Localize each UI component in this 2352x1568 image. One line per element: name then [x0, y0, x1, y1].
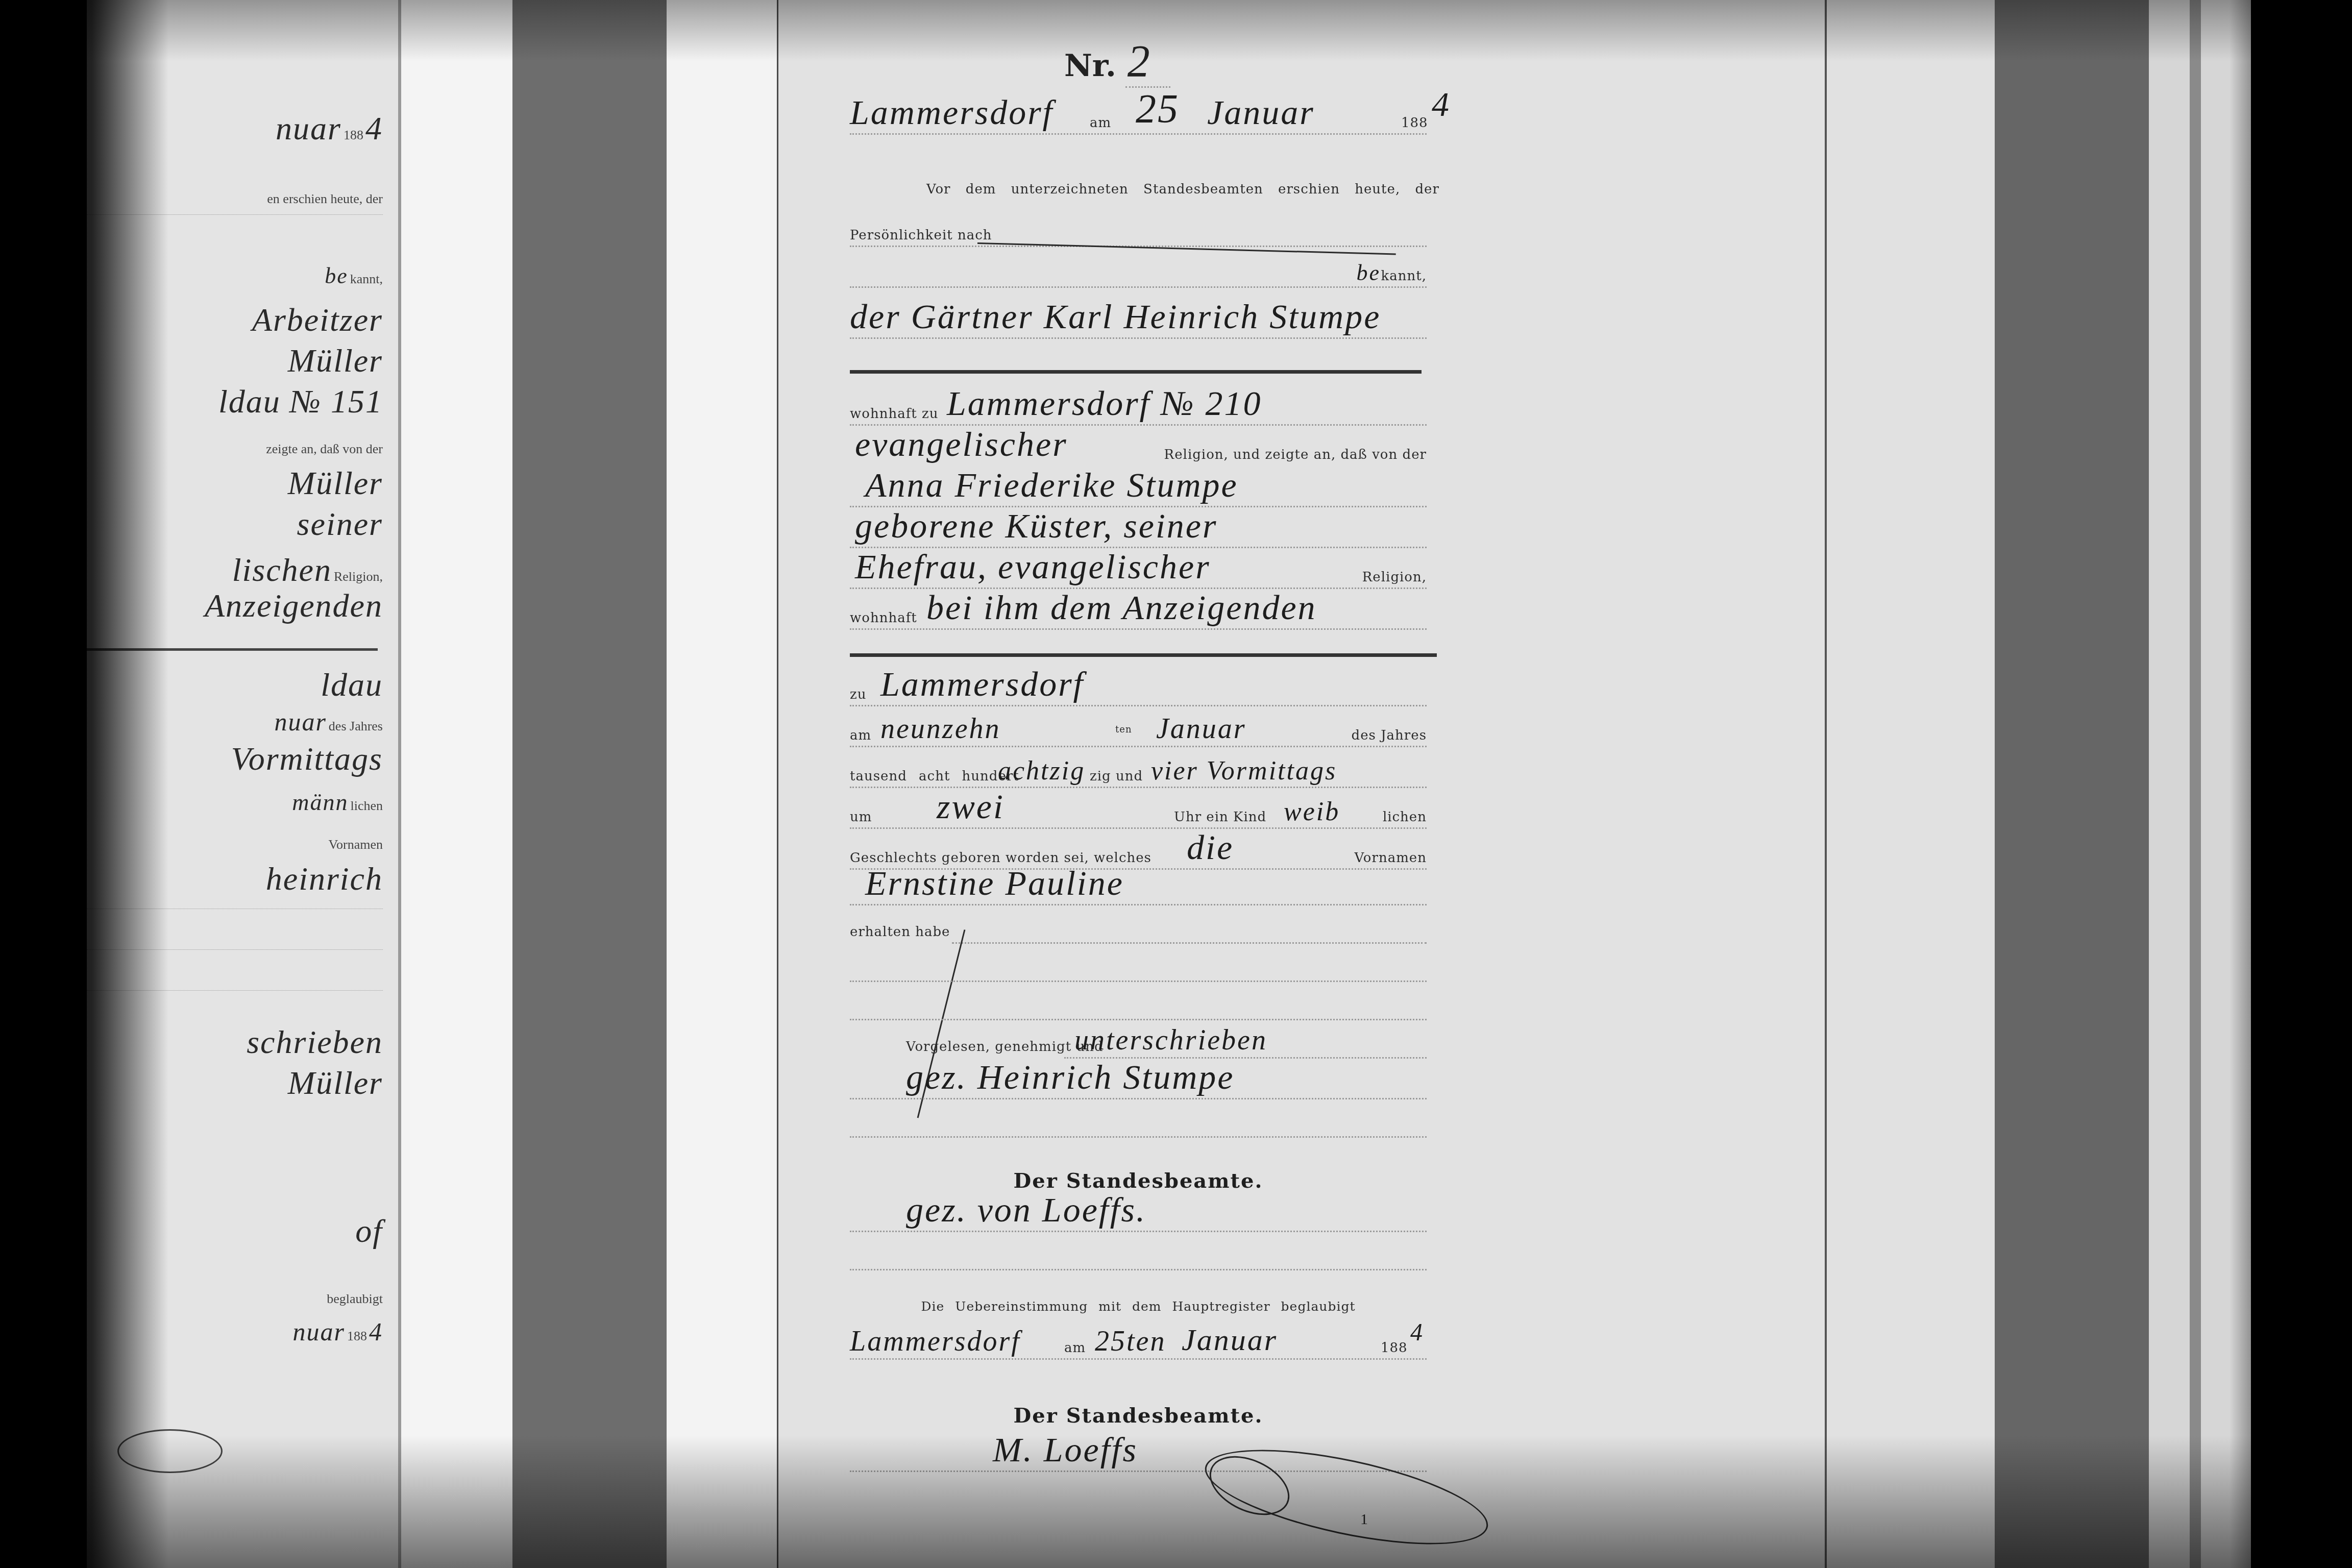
left-religion-line: lischen Religion, — [232, 551, 383, 589]
left-signature-flourish — [117, 1429, 223, 1473]
residence-line: wohnhaft zu Lammersdorf № 210 — [850, 388, 1427, 429]
cert-am-label: am — [1064, 1340, 1086, 1356]
informant-signature: gez. Heinrich Stumpe — [906, 1057, 1235, 1097]
dotted-rule — [952, 942, 1427, 944]
right-adjacent-page-edge — [1828, 0, 1995, 1568]
place-handwritten: Lammersdorf — [850, 92, 1054, 133]
read-approved-print: Vorgelesen, genehmigt und — [906, 1039, 1104, 1055]
child-given-names-handwritten: Ernstine Pauline — [865, 863, 1124, 903]
mother-religion-print: Religion, — [1362, 570, 1427, 585]
left-reported-text: zeigte an, daß von der — [266, 442, 383, 457]
mother-religion-line: Ehefrau, evangelischer Religion, — [850, 551, 1427, 592]
left-sex-line: männ lichen — [292, 789, 383, 816]
birth-month-handwritten: Januar — [1156, 713, 1246, 745]
gray-separator-band — [512, 0, 667, 1568]
birthdate-am: am — [850, 728, 871, 743]
page-mark: 1 — [1360, 1511, 1368, 1528]
left-seiner: seiner — [297, 505, 383, 543]
sex-suffix-print: lichen — [1383, 810, 1427, 825]
dotted-rule — [850, 981, 1427, 982]
identity-prefix: Persönlichkeit nach — [850, 228, 992, 243]
am-label: am — [1090, 115, 1111, 131]
mother-name-handwritten: Anna Friederike Stumpe — [865, 465, 1238, 505]
left-signature-registrar: of — [355, 1212, 383, 1250]
cert-place-handwritten: Lammersdorf — [850, 1325, 1021, 1358]
dotted-rule — [850, 286, 1427, 288]
intro-text: Vor dem unterzeichneten Standesbeamten e… — [926, 182, 1439, 197]
des-jahres-print: des Jahres — [1352, 728, 1427, 743]
registrar-heading: Der Standesbeamte. — [850, 1404, 1427, 1428]
dotted-rule — [850, 337, 1427, 339]
left-birthplace: ldau — [321, 666, 383, 704]
birth-year-line: tausend acht hundert achtzig zig und vie… — [850, 750, 1427, 791]
left-certified: beglaubigt — [327, 1291, 383, 1307]
signed-handwritten: unterschrieben — [1074, 1024, 1267, 1057]
blank-line — [850, 1100, 1427, 1141]
left-des-jahres: des Jahres — [329, 719, 383, 733]
left-surname: Müller — [288, 342, 383, 380]
dotted-rule — [850, 1358, 1427, 1360]
dotted-rule — [850, 1136, 1427, 1138]
gray-separator-band — [1995, 0, 2149, 1568]
vornamen-print: Vornamen — [1354, 850, 1427, 866]
left-dotted-rule — [87, 949, 383, 950]
page-fold-shadow — [2190, 0, 2201, 1568]
year-line-print: tausend acht hundert — [850, 769, 1019, 784]
day-handwritten: 25 — [1136, 86, 1180, 133]
left-given-name: heinrich — [266, 860, 383, 898]
identity-suffix-hand: be — [1356, 260, 1381, 286]
left-signed: schrieben — [247, 1023, 383, 1061]
identity-line: Persönlichkeit nach — [850, 209, 1427, 250]
blank-line — [850, 944, 1427, 985]
birth-day-handwritten: neunzehn — [880, 713, 1001, 745]
dotted-rule — [850, 133, 1427, 135]
cert-year-suffix-handwritten: 4 — [1410, 1318, 1424, 1346]
left-sex-hand: männ — [292, 789, 348, 815]
underline-rule — [850, 370, 1422, 374]
left-month-handwritten: nuar — [276, 110, 341, 146]
left-dotted-rule — [87, 214, 383, 215]
dotted-rule — [850, 904, 1427, 905]
religion-line: evangelischer Religion, und zeigte an, d… — [850, 429, 1427, 470]
white-separator-band — [401, 0, 512, 1568]
left-occupation: Arbeitzer — [252, 301, 383, 339]
approved-line: Vorgelesen, genehmigt und unterschrieben — [850, 1021, 1427, 1062]
left-section-rule — [87, 648, 378, 651]
month-handwritten: Januar — [1207, 92, 1315, 133]
mother-line: Anna Friederike Stumpe — [850, 470, 1427, 510]
mother-residence-handwritten: bei ihm dem Anzeigenden — [926, 587, 1317, 628]
birthplace-handwritten: Lammersdorf — [880, 664, 1085, 704]
informant-name-handwritten: der Gärtner Karl Heinrich Stumpe — [850, 297, 1381, 337]
residence-prefix: wohnhaft zu — [850, 406, 938, 422]
religion-print: Religion, und zeigte an, daß von der — [1164, 447, 1427, 462]
ordinal-suffix: ten — [1115, 724, 1132, 735]
left-cert-year-suffix: 4 — [369, 1317, 383, 1346]
religion-handwritten: evangelischer — [855, 424, 1068, 464]
left-year-prefix: 188 — [344, 128, 363, 142]
dotted-rule — [850, 1269, 1427, 1270]
mother-residence-print: wohnhaft — [850, 610, 917, 626]
time-print: Uhr ein Kind — [1174, 810, 1266, 825]
left-partial-register-page: nuar 188 4 en erschien heute, der be kan… — [87, 0, 401, 1568]
cert-year-prefix: 188 — [1381, 1340, 1408, 1356]
registrar-signature: M. Loeffs — [993, 1430, 1138, 1470]
dotted-rule — [850, 705, 1427, 706]
mother-residence-line: wohnhaft bei ihm dem Anzeigenden — [850, 592, 1427, 633]
left-intro-text: en erschien heute, der — [267, 191, 383, 207]
left-year-suffix: 4 — [365, 110, 383, 146]
year-unit-handwritten: vier Vormittags — [1151, 756, 1337, 786]
mother-maiden-name-handwritten: geborene Küster, seiner — [855, 506, 1217, 546]
time-prefix: um — [850, 810, 872, 825]
blank-line — [850, 983, 1427, 1023]
left-signature-informant: Müller — [288, 1064, 383, 1102]
birthdate-line: am neunzehn ten Januar des Jahres — [850, 709, 1427, 750]
place-date-line: Lammersdorf am 25 Januar 188 4 — [850, 97, 1427, 138]
informant-signature-line: gez. Heinrich Stumpe — [850, 1062, 1427, 1102]
dotted-rule — [850, 1098, 1427, 1099]
record-number-label: Nr. — [1064, 48, 1116, 84]
page-edge-line — [1825, 0, 1827, 1568]
dotted-rule — [850, 746, 1427, 747]
left-date-line: nuar 188 4 — [276, 110, 383, 148]
cert-month-handwritten: Januar — [1182, 1322, 1278, 1358]
left-religion-print: Religion, — [334, 569, 383, 584]
dotted-rule — [850, 1019, 1427, 1020]
left-residence: ldau № 151 — [218, 383, 383, 421]
left-sex-print: lichen — [350, 798, 383, 813]
birth-time-line: um zwei Uhr ein Kind weib lichen — [850, 791, 1427, 832]
left-dotted-rule — [87, 909, 383, 909]
dotted-rule — [850, 827, 1427, 829]
identity-known-line: be kannt, — [850, 250, 1427, 291]
birth-hour-handwritten: zwei — [937, 787, 1004, 827]
birthplace-line: zu Lammersdorf — [850, 669, 1427, 709]
mother-religion-handwritten: Ehefrau, evangelischer — [855, 547, 1211, 587]
year-decade-handwritten: achtzig — [998, 756, 1085, 786]
sex-handwritten: weib — [1284, 797, 1340, 827]
die-handwritten: die — [1187, 827, 1234, 868]
left-identity-line: be kannt, — [325, 263, 383, 289]
dotted-rule — [850, 1231, 1427, 1232]
section-rule — [850, 653, 1437, 657]
year-prefix: 188 — [1401, 115, 1428, 131]
certification-date-line: Lammersdorf am 25ten Januar 188 4 — [850, 1322, 1427, 1363]
left-cert-date-line: nuar 188 4 — [293, 1317, 383, 1346]
mother-birth-line: geborene Küster, seiner — [850, 510, 1427, 551]
cert-day-handwritten: 25ten — [1095, 1325, 1166, 1358]
right-book-edge — [2149, 0, 2251, 1568]
identity-suffix-print: kannt, — [1381, 268, 1427, 284]
registrar-heading: Der Standesbeamte. — [850, 1169, 1427, 1193]
blank-line — [850, 1233, 1427, 1273]
left-cert-year-prefix: 188 — [347, 1329, 367, 1343]
left-dotted-rule — [87, 990, 383, 991]
record-number-value: 2 — [1125, 37, 1170, 88]
birth-register-page: Nr.2 Lammersdorf am 25 Januar 188 4 Vor … — [777, 0, 1830, 1568]
left-time-of-day: Vormittags — [231, 740, 383, 778]
left-identity-hand: be — [325, 263, 348, 288]
left-identity-print: kannt, — [350, 272, 383, 286]
left-anzeigenden: Anzeigenden — [205, 587, 383, 625]
zig-und-print: zig und — [1090, 769, 1143, 784]
left-vornamen: Vornamen — [329, 837, 383, 852]
record-number: Nr.2 — [1064, 36, 1170, 87]
dotted-rule — [850, 628, 1427, 630]
left-birth-month: nuar — [274, 707, 326, 736]
left-cert-month: nuar — [293, 1317, 345, 1346]
registrar-signature-line: gez. von Loeffs. — [850, 1194, 1427, 1235]
certification-text: Die Uebereinstimmung mit dem Hauptregist… — [850, 1299, 1427, 1314]
left-religion-hand: lischen — [232, 552, 332, 588]
left-mother-surname: Müller — [288, 464, 383, 502]
white-separator-band — [667, 0, 780, 1568]
left-birthdate-line: nuar des Jahres — [274, 707, 383, 737]
received-print: erhalten habe — [850, 924, 950, 940]
intro-line: Vor dem unterzeichneten Standesbeamten e… — [850, 163, 1427, 204]
registrar-signature-copy: gez. von Loeffs. — [906, 1190, 1146, 1230]
person-line: der Gärtner Karl Heinrich Stumpe — [850, 301, 1427, 342]
year-suffix-handwritten: 4 — [1432, 84, 1451, 125]
given-names-line: Ernstine Pauline — [850, 868, 1427, 909]
residence-handwritten: Lammersdorf № 210 — [947, 383, 1262, 424]
birthplace-prefix: zu — [850, 687, 866, 702]
received-line: erhalten habe — [850, 906, 1427, 947]
